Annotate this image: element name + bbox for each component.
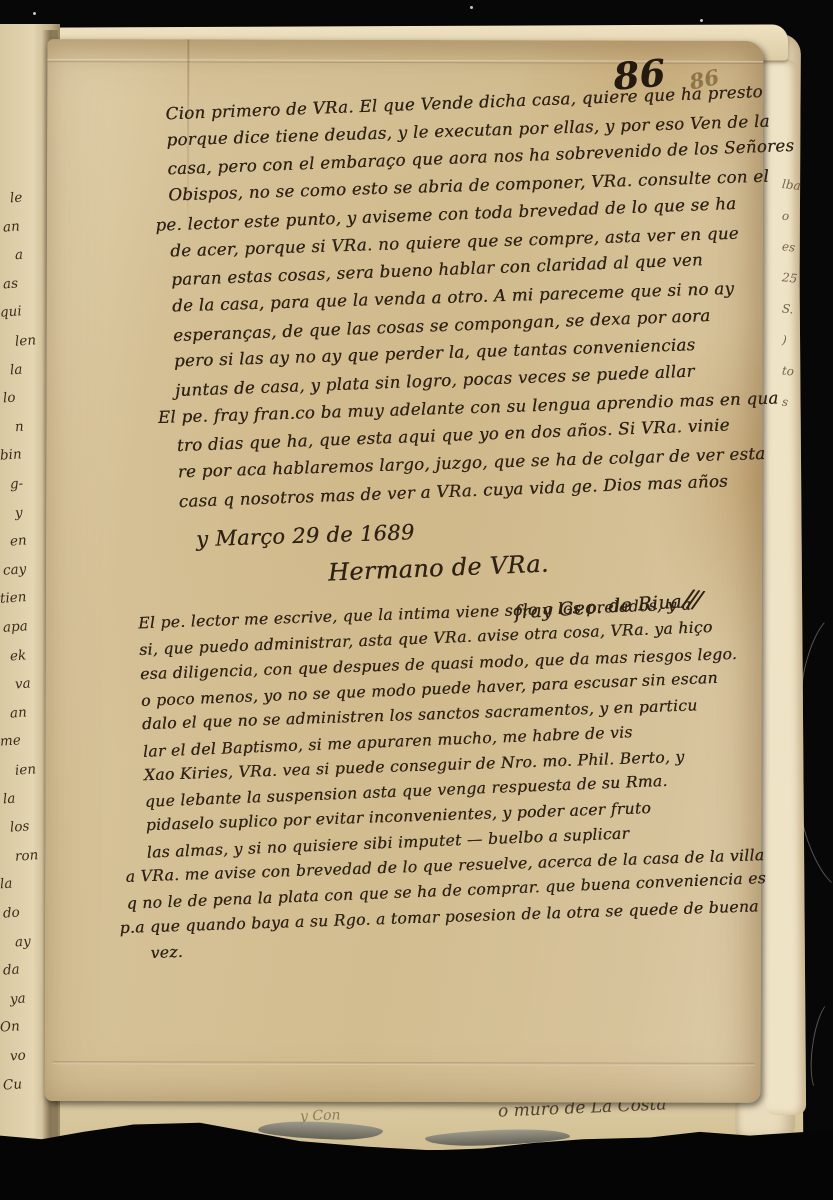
dust-speck bbox=[33, 12, 36, 15]
left-text-fragment: as bbox=[2, 275, 18, 292]
dust-speck bbox=[470, 6, 473, 9]
paper-fiber bbox=[806, 999, 833, 1096]
left-text-fragment: On bbox=[0, 1019, 20, 1036]
left-text-fragment: cay bbox=[2, 561, 26, 579]
right-text-fragment: to bbox=[781, 363, 794, 378]
left-text-fragment: la bbox=[9, 361, 22, 378]
left-text-fragment: ien bbox=[14, 761, 36, 778]
left-text-fragment: en bbox=[9, 533, 27, 550]
right-text-fragment: ) bbox=[781, 333, 787, 347]
right-text-fragment: lba bbox=[781, 177, 801, 193]
left-text-fragment: apa bbox=[2, 618, 28, 636]
dust-speck bbox=[700, 19, 703, 22]
left-text-fragment: la bbox=[2, 790, 15, 807]
left-text-fragment: vo bbox=[9, 1047, 26, 1064]
left-text-fragment: lo bbox=[2, 390, 16, 407]
left-text-fragment: bin bbox=[0, 447, 22, 464]
left-text-fragment: la bbox=[0, 876, 13, 893]
left-text-fragment: do bbox=[2, 904, 20, 921]
left-text-fragment: ek bbox=[9, 647, 26, 664]
left-text-fragment: tien bbox=[0, 589, 27, 607]
left-text-fragment: Cu bbox=[2, 1076, 22, 1093]
right-text-fragment: o bbox=[781, 209, 790, 224]
manuscript-scan: y Con o muro de La Costa leanaasquilenla… bbox=[0, 0, 833, 1200]
left-text-fragment: g- bbox=[9, 476, 23, 493]
left-text-fragment: an bbox=[9, 704, 27, 721]
left-text-fragment: ya bbox=[9, 990, 26, 1007]
left-text-fragment: los bbox=[9, 819, 29, 836]
right-text-fragment: es bbox=[781, 239, 796, 254]
left-text-fragment: n bbox=[14, 419, 24, 436]
left-text-fragment: y bbox=[14, 504, 23, 520]
left-text-fragment: va bbox=[14, 676, 31, 693]
postscript-line: vez. bbox=[150, 943, 183, 962]
letter-date: y Março 29 de 1689 bbox=[196, 520, 415, 551]
left-text-fragment: qui bbox=[0, 304, 22, 321]
left-text-fragment: a bbox=[14, 247, 23, 264]
letter-closing: Hermano de VRa. bbox=[328, 550, 550, 587]
left-text-fragment: ron bbox=[14, 847, 38, 865]
left-text-fragment: me bbox=[0, 733, 21, 750]
left-text-fragment: ay bbox=[14, 933, 31, 950]
left-text-fragment: le bbox=[9, 190, 22, 207]
right-text-fragment: S. bbox=[781, 301, 794, 316]
left-text-fragment: len bbox=[14, 332, 36, 349]
right-text-fragment: 25 bbox=[781, 270, 798, 286]
left-text-fragment: an bbox=[2, 218, 20, 235]
bottom-fold-crease bbox=[53, 1061, 755, 1066]
left-text-fragment: da bbox=[2, 962, 20, 979]
manuscript-page: 86 86 Cion primero de VRa. El que Vende … bbox=[45, 39, 764, 1103]
letter-body: Cion primero de VRa. El que Vende dicha … bbox=[165, 82, 805, 104]
